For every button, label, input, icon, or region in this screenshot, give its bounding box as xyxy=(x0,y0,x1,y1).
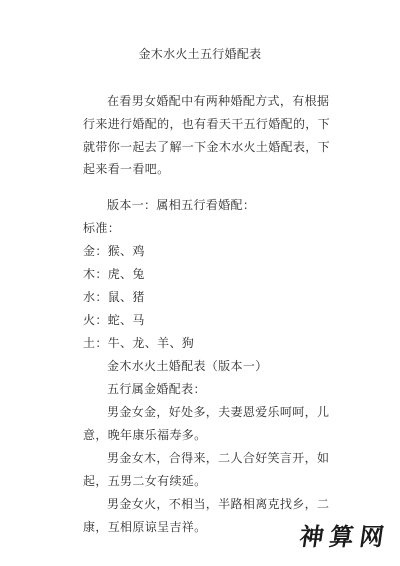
element-fire: 火：蛇、马 xyxy=(83,312,329,328)
pairing-line: 男金女木，合得来，二人合好笑言开，如果成双在意 xyxy=(107,450,329,466)
pairing-line: 男金女金，好处多，夫妻恩爱乐呵呵，儿女随心又满 xyxy=(107,404,329,420)
metal-heading: 五行属金婚配表： xyxy=(107,381,329,397)
element-water: 水：鼠、猪 xyxy=(83,289,329,305)
version-heading: 版本一：属相五行看婚配： xyxy=(107,197,329,213)
intro-line: 起来看一看吧。 xyxy=(83,161,329,177)
watermark-logo: 神算网 xyxy=(298,517,393,552)
document-page: 金木水火土五行婚配表 在看男女婚配中有两种婚配方式，有根据属性五 行来进行婚配的… xyxy=(0,0,400,566)
intro-line: 在看男女婚配中有两种婚配方式，有根据属性五 xyxy=(107,93,329,109)
element-wood: 木：虎、兔 xyxy=(83,266,329,282)
pairing-line: 康，互相原谅呈吉祥。 xyxy=(83,519,329,535)
pairing-line: 意，晚年康乐福寿多。 xyxy=(83,427,329,443)
pairing-line: 男金女火，不相当，半路相离克找乡，二人吵架不安 xyxy=(107,496,329,512)
element-metal: 金：猴、鸡 xyxy=(83,243,329,259)
document-title: 金木水火土五行婚配表 xyxy=(0,46,400,62)
element-earth: 土：牛、龙、羊、狗 xyxy=(83,335,329,351)
table-heading: 金木水火土婚配表（版本一） xyxy=(107,358,329,374)
standard-label: 标准： xyxy=(83,220,329,236)
intro-line: 就带你一起去了解一下金木水火土婚配表，下面我们就一 xyxy=(83,139,329,155)
pairing-line: 起，五男二女有续延。 xyxy=(83,473,329,489)
intro-line: 行来进行婚配的，也有看天干五行婚配的，下面八字合婚 xyxy=(83,116,329,132)
